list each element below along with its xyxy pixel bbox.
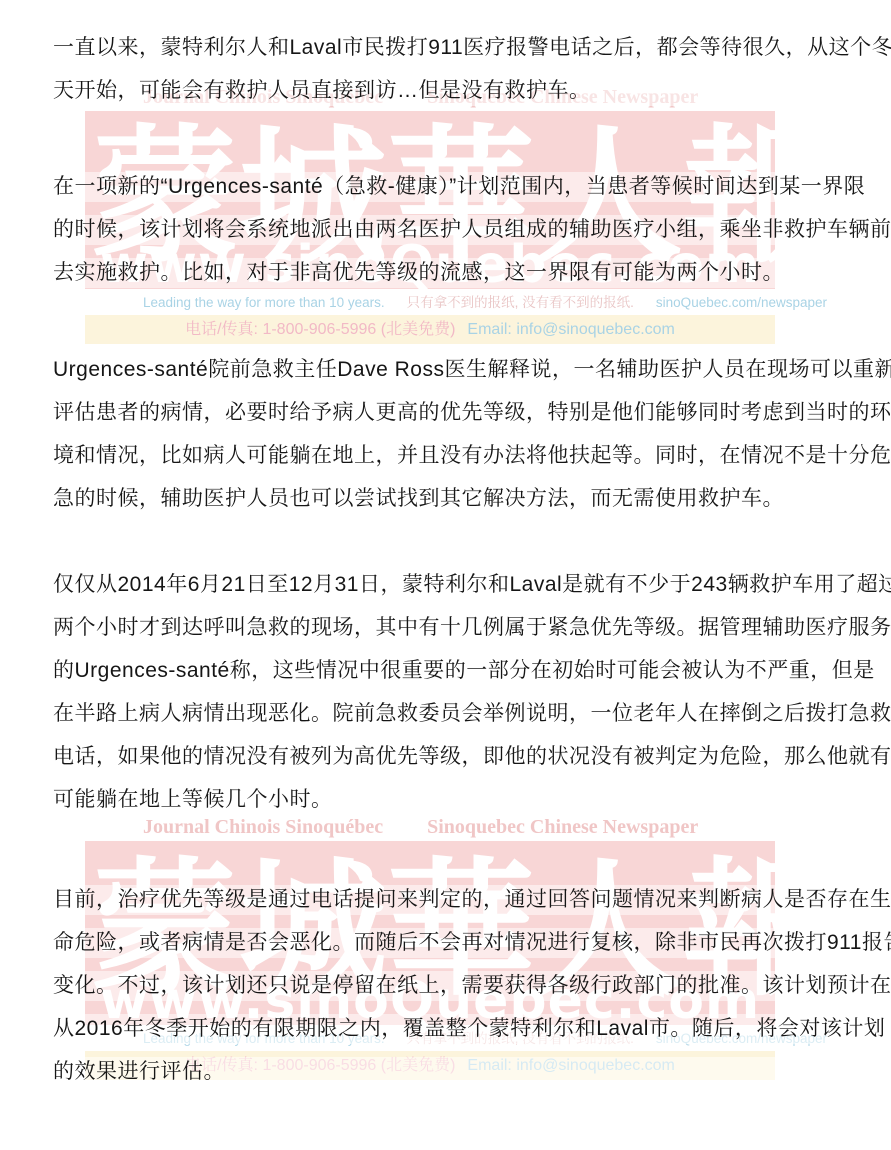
paragraph: 仅仅从2014年6月21日至12月31日，蒙特利尔和Laval是就有不少于243… bbox=[53, 570, 845, 828]
paragraph: 在一项新的“Urgences-santé（急救-健康）”计划范围内，当患者等候时… bbox=[53, 172, 845, 301]
text-line: 从2016年冬季开始的有限期限之内，覆盖整个蒙特利尔和Laval市。随后，将会对… bbox=[53, 1014, 845, 1044]
text-line: 变化。不过，该计划还只说是停留在纸上，需要获得各级行政部门的批准。该计划预计在 bbox=[53, 971, 845, 1001]
text-line: 评估患者的病情，必要时给予病人更高的优先等级，特别是他们能够同时考虑到当时的环 bbox=[53, 398, 845, 428]
newspaper-article-page: Journal Chinois Sinoquébec Sinoquebec Ch… bbox=[0, 0, 891, 1150]
text-line: Urgences-santé院前急救主任Dave Ross医生解释说，一名辅助医… bbox=[53, 355, 845, 385]
text-line: 天开始，可能会有救护人员直接到访…但是没有救护车。 bbox=[53, 76, 845, 106]
text-line: 的时候，该计划将会系统地派出由两名医护人员组成的辅助医疗小组，乘坐非救护车辆前 bbox=[53, 215, 845, 245]
article-body: 一直以来，蒙特利尔人和Laval市民拨打911医疗报警电话之后，都会等待很久，从… bbox=[53, 0, 845, 1150]
text-line: 一直以来，蒙特利尔人和Laval市民拨打911医疗报警电话之后，都会等待很久，从… bbox=[53, 33, 845, 63]
text-line: 在半路上病人病情出现恶化。院前急救委员会举例说明，一位老年人在摔倒之后拨打急救 bbox=[53, 699, 845, 729]
text-line: 目前，治疗优先等级是通过电话提问来判定的，通过回答问题情况来判断病人是否存在生 bbox=[53, 885, 845, 915]
text-line: 仅仅从2014年6月21日至12月31日，蒙特利尔和Laval是就有不少于243… bbox=[53, 570, 845, 600]
text-line: 可能躺在地上等候几个小时。 bbox=[53, 785, 845, 815]
text-line: 境和情况，比如病人可能躺在地上，并且没有办法将他扶起等。同时，在情况不是十分危 bbox=[53, 441, 845, 471]
paragraph: 一直以来，蒙特利尔人和Laval市民拨打911医疗报警电话之后，都会等待很久，从… bbox=[53, 33, 845, 119]
text-line: 两个小时才到达呼叫急救的现场，其中有十几例属于紧急优先等级。据管理辅助医疗服务 bbox=[53, 613, 845, 643]
text-line: 电话，如果他的情况没有被列为高优先等级，即他的状况没有被判定为危险，那么他就有 bbox=[53, 742, 845, 772]
text-line: 在一项新的“Urgences-santé（急救-健康）”计划范围内，当患者等候时… bbox=[53, 172, 845, 202]
text-line: 去实施救护。比如，对于非高优先等级的流感，这一界限有可能为两个小时。 bbox=[53, 258, 845, 288]
text-line: 急的时候，辅助医护人员也可以尝试找到其它解决方法，而无需使用救护车。 bbox=[53, 484, 845, 514]
text-line: 的效果进行评估。 bbox=[53, 1057, 845, 1087]
text-line: 的Urgences-santé称，这些情况中很重要的一部分在初始时可能会被认为不… bbox=[53, 656, 845, 686]
paragraph: 目前，治疗优先等级是通过电话提问来判定的，通过回答问题情况来判断病人是否存在生命… bbox=[53, 885, 845, 1100]
paragraph: Urgences-santé院前急救主任Dave Ross医生解释说，一名辅助医… bbox=[53, 355, 845, 527]
text-line: 命危险，或者病情是否会恶化。而随后不会再对情况进行复核，除非市民再次拨打911报… bbox=[53, 928, 845, 958]
